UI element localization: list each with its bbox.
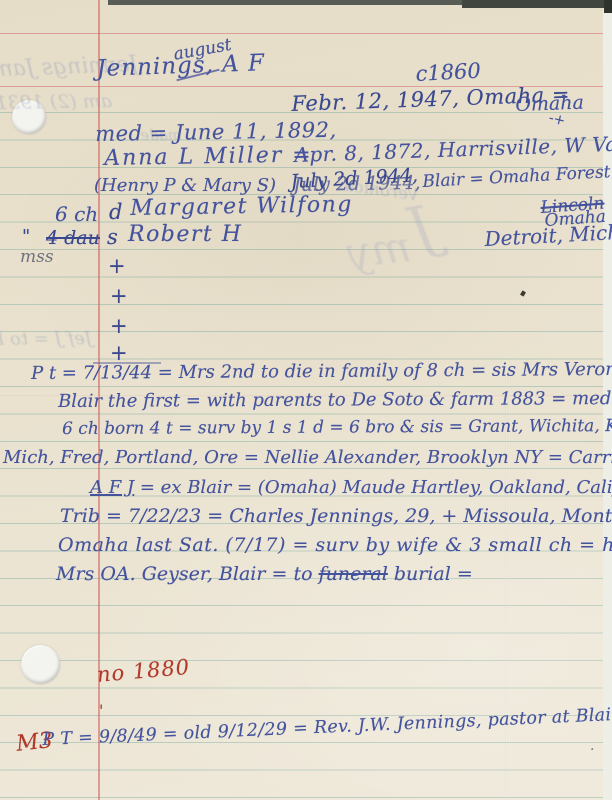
plus-mark-1: + (108, 254, 126, 278)
bleedthrough-swirl: my (345, 222, 413, 277)
red-header-rule-1 (0, 33, 603, 34)
margin-note-mss: mss (20, 247, 54, 267)
child2-name: Robert H (128, 222, 242, 247)
plus-mark-3: + (110, 314, 128, 338)
obit-line-4: Mich, Fred, Portland, Ore = Nellie Alexa… (3, 447, 612, 468)
child1-name: Margaret Wilfong (130, 192, 353, 221)
children-count: 6 ch (55, 202, 98, 226)
obit-line-7: Omaha last Sat. (7/17) = surv by wife & … (58, 534, 612, 556)
obit-line-8: Mrs OA. Geyser, Blair = to funeral buria… (56, 563, 473, 585)
obit-line-2: Blair the first = with parents to De Sot… (58, 387, 612, 412)
scan-edge-top-right (462, 0, 612, 8)
birth-year: c1860 (415, 59, 481, 86)
child2-count-struck: 4 dau (46, 227, 100, 249)
spouse-name: Anna L Miller = (104, 142, 313, 171)
obit-line-8-pre: Mrs OA. Geyser, Blair = to (56, 563, 319, 585)
obit-line-3: 6 ch born 4 t = surv by 1 s 1 d = 6 bro … (62, 415, 612, 439)
punch-hole-bottom (21, 645, 60, 684)
obit-line-5-rest: = ex Blair = (Omaha) Maude Hartley, Oakl… (134, 477, 612, 498)
obit-line-8-struck-word: funeral (319, 563, 388, 585)
obit-line-8-post: burial = (388, 563, 473, 585)
scanned-notebook-page: { "document_type": "handwritten genealog… (0, 0, 612, 800)
obit-line-5: A F J = ex Blair = (Omaha) Maude Hartley… (90, 477, 612, 498)
red-tick-mark: ' (99, 701, 103, 720)
obit-line-1: P t = 7/13/44 = Mrs 2nd to die in family… (31, 358, 612, 384)
ditto-mark: " (22, 226, 30, 247)
child1-tag: d (109, 200, 122, 224)
obit-line-5-initials: A F J (90, 477, 134, 498)
corner-pencil-mark: · (590, 742, 594, 758)
child2-tag: s (107, 225, 118, 249)
plus-mark-2: + (110, 284, 128, 308)
obit-line-6: Trib = 7/22/23 = Charles Jennings, 29, +… (60, 505, 612, 527)
scan-corner-notch (604, 0, 612, 13)
spouse-parents: (Henry P & Mary S) (94, 175, 276, 196)
